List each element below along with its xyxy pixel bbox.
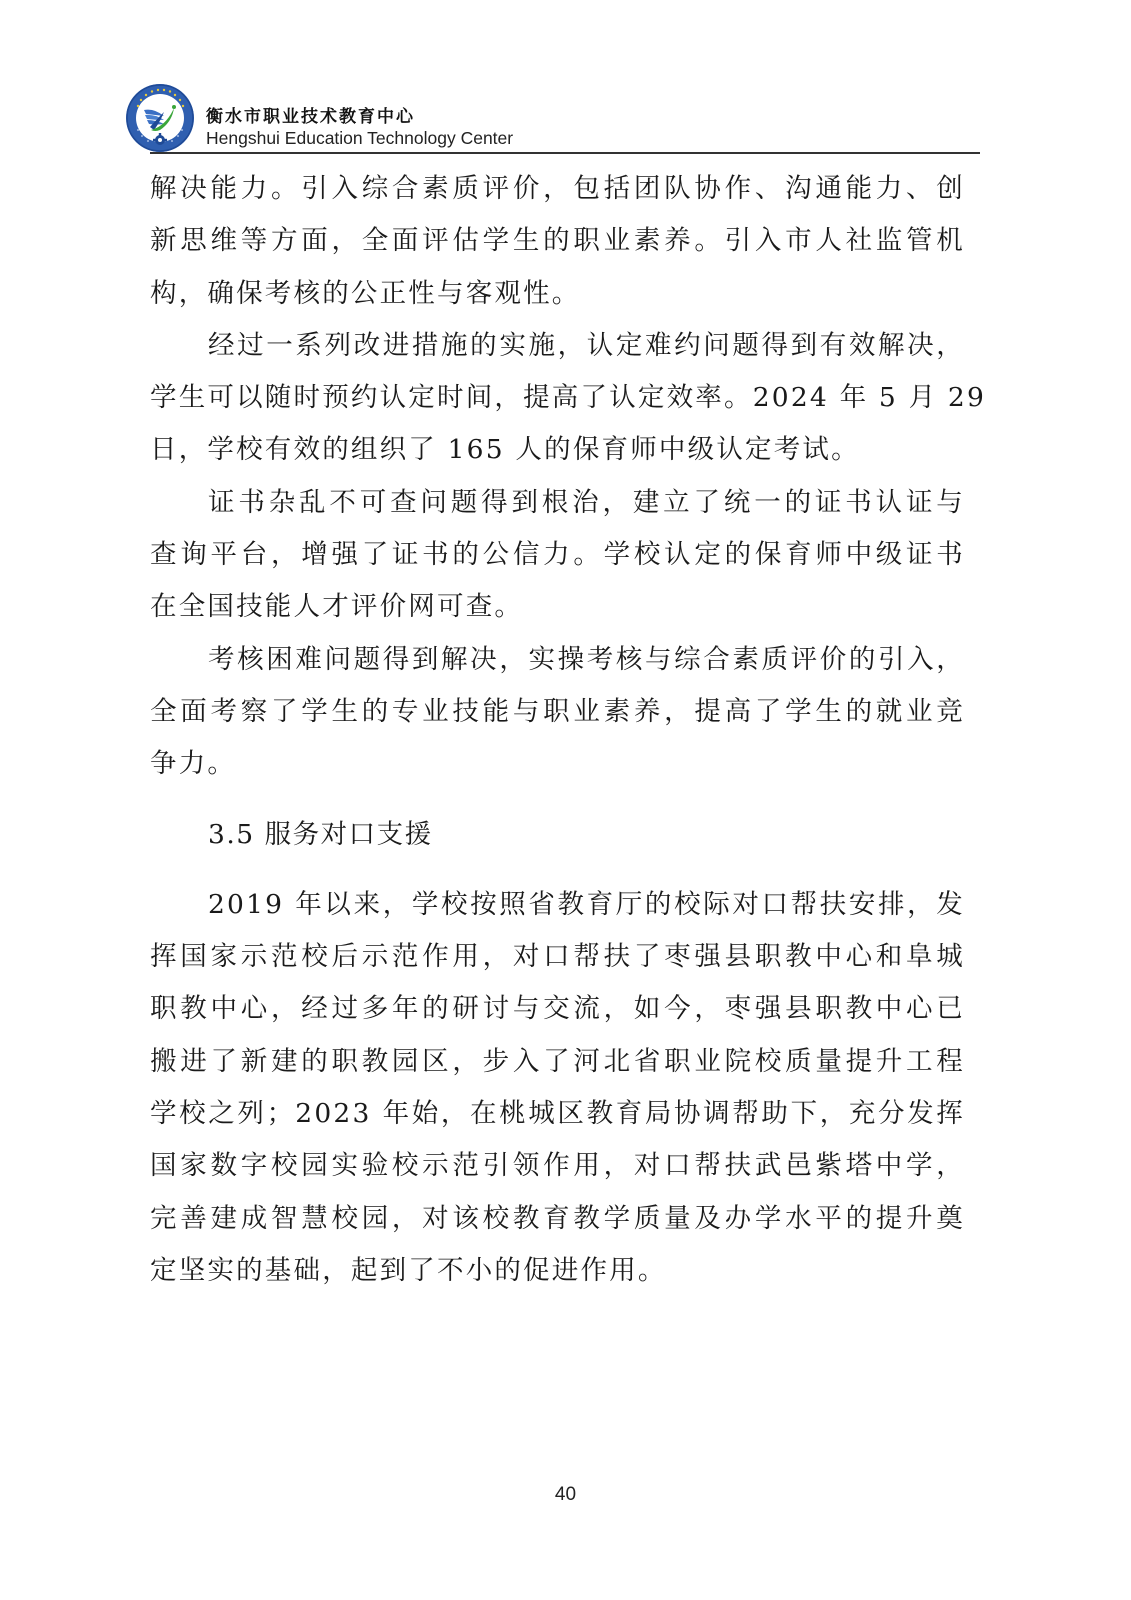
text-line: 证书杂乱不可查问题得到根治，建立了统一的证书认证与: [150, 477, 965, 529]
text-line: 全面考察了学生的专业技能与职业素养，提高了学生的就业竞: [150, 686, 965, 738]
text-line: 在全国技能人才评价网可查。: [150, 581, 965, 633]
text-line: 构，确保考核的公正性与客观性。: [150, 268, 965, 320]
text-line: 新思维等方面，全面评估学生的职业素养。引入市人社监管机: [150, 215, 965, 267]
document-body: 解决能力。引入综合素质评价，包括团队协作、沟通能力、创 新思维等方面，全面评估学…: [150, 163, 965, 1297]
document-page: 衡水市职业技术教育中心 Hengshui Education Technolog…: [0, 0, 1131, 1600]
text-line: 日，学校有效的组织了 165 人的保育师中级认定考试。: [150, 424, 965, 476]
paragraph-assessment-solved: 考核困难问题得到解决，实操考核与综合素质评价的引入， 全面考察了学生的专业技能与…: [150, 634, 965, 791]
organization-name-chinese: 衡水市职业技术教育中心: [206, 102, 415, 127]
text-line: 考核困难问题得到解决，实操考核与综合素质评价的引入，: [150, 634, 965, 686]
section-heading: 3.5 服务对口支援: [150, 809, 965, 861]
text-line: 挥国家示范校后示范作用，对口帮扶了枣强县职教中心和阜城: [150, 931, 965, 983]
text-line: 定坚实的基础，起到了不小的促进作用。: [150, 1245, 965, 1297]
text-line: 职教中心，经过多年的研讨与交流，如今，枣强县职教中心已: [150, 983, 965, 1035]
page-header: 衡水市职业技术教育中心 Hengshui Education Technolog…: [124, 82, 984, 154]
paragraph-appointment-solved: 经过一系列改进措施的实施，认定难约问题得到有效解决， 学生可以随时预约认定时间，…: [150, 320, 965, 477]
text-line: 解决能力。引入综合素质评价，包括团队协作、沟通能力、创: [150, 163, 965, 215]
text-line: 争力。: [150, 738, 965, 790]
header-divider: [150, 152, 980, 154]
paragraph-certificate-platform: 证书杂乱不可查问题得到根治，建立了统一的证书认证与 查询平台，增强了证书的公信力…: [150, 477, 965, 634]
text-line: 经过一系列改进措施的实施，认定难约问题得到有效解决，: [150, 320, 965, 372]
paragraph-evaluation: 解决能力。引入综合素质评价，包括团队协作、沟通能力、创 新思维等方面，全面评估学…: [150, 163, 965, 320]
text-line: 国家数字校园实验校示范引领作用，对口帮扶武邑紫塔中学，: [150, 1140, 965, 1192]
text-line: 完善建成智慧校园，对该校教育教学质量及办学水平的提升奠: [150, 1193, 965, 1245]
text-line: 2019 年以来，学校按照省教育厅的校际对口帮扶安排，发: [150, 879, 965, 931]
text-line: 学生可以随时预约认定时间，提高了认定效率。2024 年 5 月 29: [150, 372, 965, 424]
text-line: 搬进了新建的职教园区，步入了河北省职业院校质量提升工程: [150, 1036, 965, 1088]
paragraph-counterpart-support: 2019 年以来，学校按照省教育厅的校际对口帮扶安排，发 挥国家示范校后示范作用…: [150, 879, 965, 1297]
organization-name-english: Hengshui Education Technology Center: [206, 128, 513, 149]
text-line: 查询平台，增强了证书的公信力。学校认定的保育师中级证书: [150, 529, 965, 581]
school-emblem-icon: [124, 82, 196, 154]
page-number: 40: [0, 1484, 1131, 1506]
text-line: 学校之列；2023 年始，在桃城区教育局协调帮助下，充分发挥: [150, 1088, 965, 1140]
